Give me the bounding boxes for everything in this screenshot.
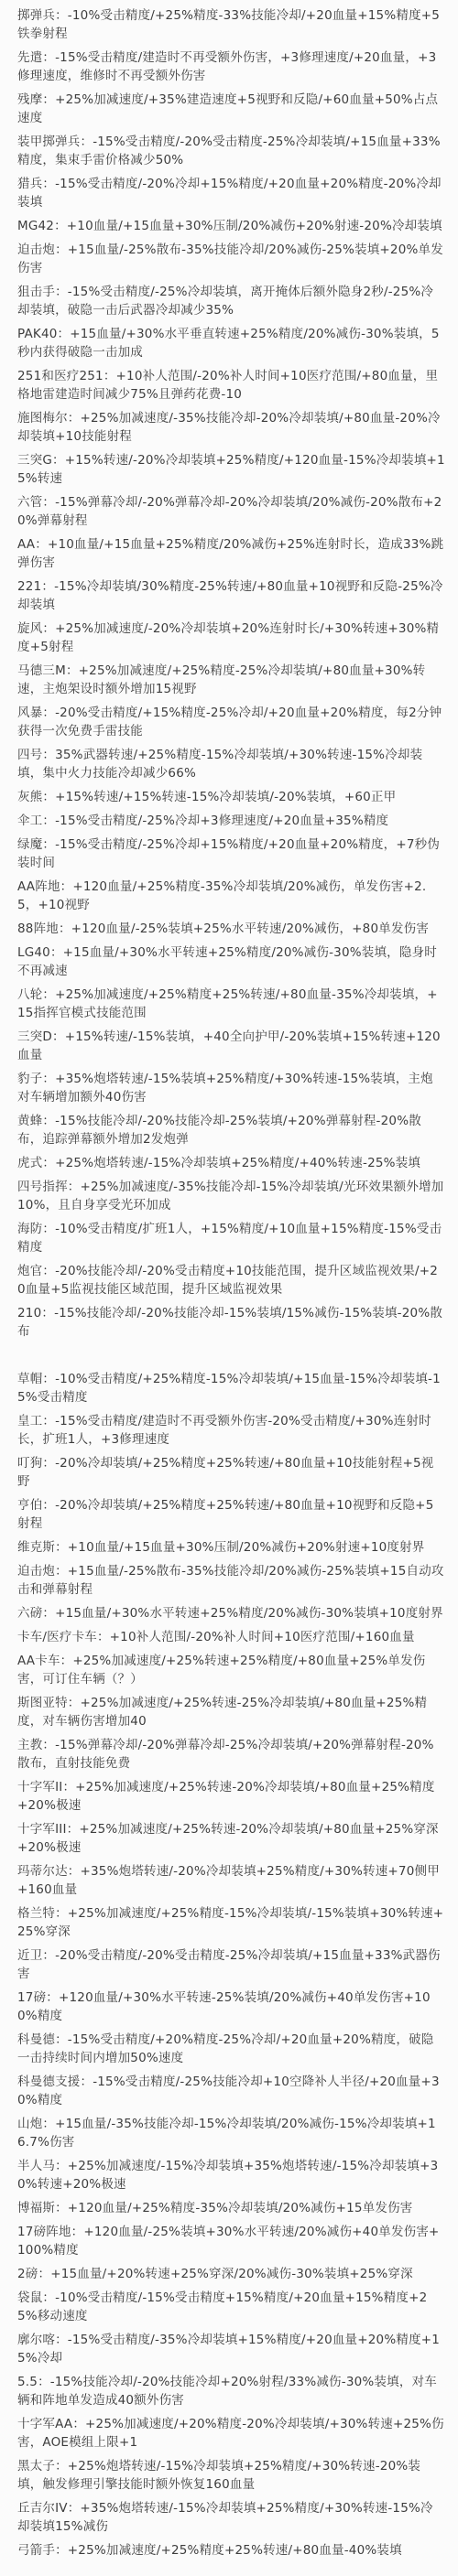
unit-entry: 黑太子：+25%炮塔转速/-15%冷却装填+25%精度/+30%转速-20%装填… <box>17 2457 445 2494</box>
unit-entry: AA：+10血量/+15血量+25%精度/20%减伤+25%连射时长，造成33%… <box>17 535 445 572</box>
unit-entry: 维克斯：+10血量/+15血量+30%压制/20%减伤+20%射速+10度射界 <box>17 1538 445 1557</box>
unit-entry: 半人马：+25%加减速度/-15%冷却装填+35%炮塔转速/-15%冷却装填+3… <box>17 2157 445 2193</box>
unit-entry: 六管：-15%弹幕冷却/-20%弹幕冷却-20%冷却装填/20%减伤-20%散布… <box>17 493 445 530</box>
unit-entry: 猎兵：-15%受击精度/-20%冷却+15%精度/+20血量+20%精度-20%… <box>17 175 445 211</box>
unit-entry: MG42：+10血量/+15血量+30%压制/20%减伤+20%射速-20%冷却… <box>17 217 445 235</box>
unit-entry: 17磅：+120血量/+30%水平转速-25%装填/20%减伤+40单发伤害+1… <box>17 1989 445 2025</box>
unit-entry: 伞工：-15%受击精度/-25%冷却+3修理速度/+20血量+35%精度 <box>17 812 445 830</box>
unit-entry: 十字军II：+25%加减速度/+25%转速-20%冷却装填/+80血量+25%精… <box>17 1778 445 1815</box>
unit-entry: 迫击炮：+15血量/-25%散布-35%技能冷却/20%减伤-25%装填+15自… <box>17 1562 445 1599</box>
unit-entry: 风暴：-20%受击精度/+15%精度-25%冷却/+20血量+20%精度，每2分… <box>17 704 445 740</box>
unit-entry: PAK40：+15血量/+30%水平垂直转速+25%精度/20%减伤-30%装填… <box>17 325 445 361</box>
unit-entry: LG40：+15血量/+30%水平转速+25%精度/20%减伤-30%装填，隐身… <box>17 943 445 980</box>
unit-entry: 格兰特：+25%加减速度/+25%精度-15%冷却装填/-15%装填+30%转速… <box>17 1904 445 1941</box>
unit-entry: 马德三M：+25%加减速度/+25%精度-25%冷却装填/+80血量+30%转速… <box>17 662 445 698</box>
unit-entry: AA卡车：+25%加减速度/+25%转速+25%精度/+80血量+25%单发伤害… <box>17 1652 445 1688</box>
unit-entry: 210：-15%技能冷却/-20%技能冷却-15%装填/15%减伤-15%装填-… <box>17 1304 445 1341</box>
unit-entry: 装甲掷弹兵：-15%受击精度/-20%受击精度-25%冷却装填/+15血量+33… <box>17 133 445 169</box>
unit-entry: 近卫：-20%受击精度/-20%受击精度-25%冷却装填/+15血量+33%武器… <box>17 1946 445 1983</box>
unit-entry: 绿魔：-15%受击精度/-25%冷却+15%精度/+20血量+20%精度，+7秒… <box>17 835 445 872</box>
unit-entry: 2磅：+15血量/+20%转速+25%穿深/20%减伤-30%装填+25%穿深 <box>17 2265 445 2283</box>
unit-entry: 十字军AA：+25%加减速度/+20%精度-20%冷却装填/+30%转速+25%… <box>17 2415 445 2452</box>
unit-entry: 廓尔喀：-15%受击精度/-35%冷却装填+15%精度/+20血量+20%精度+… <box>17 2331 445 2367</box>
unit-entry: 袋鼠：-10%受击精度/-15%受击精度+15%精度/+20血量+15%精度+2… <box>17 2289 445 2325</box>
unit-entry: 丘吉尔IV：+35%炮塔转速/-15%冷却装填+25%精度/+30%转速-15%… <box>17 2499 445 2536</box>
unit-entry: 豹子：+35%炮塔转速/-15%装填+25%精度/+30%转速-15%装填，主炮… <box>17 1070 445 1106</box>
unit-entry: 灰熊：+15%转速/+15%转速-15%冷却装填/-20%装填，+60正甲 <box>17 788 445 806</box>
unit-entry: 221：-15%冷却装填/30%精度-25%转速/+80血量+10视野和反隐-2… <box>17 577 445 614</box>
unit-entry: 先遣：-15%受击精度/建造时不再受额外伤害，+3修理速度/+20血量，+3修理… <box>17 49 445 85</box>
unit-entry: AA阵地：+120血量/+25%精度-35%冷却装填/20%减伤，单发伤害+2.… <box>17 878 445 914</box>
unit-entry: 残摩：+25%加减速度/+35%建造速度+5视野和反隐/+60血量+50%占点速… <box>17 91 445 127</box>
unit-entry: 海防：-10%受击精度/扩班1人，+15%精度/+10血量+15%精度-15%受… <box>17 1220 445 1256</box>
unit-entry: 三突G：+15%转速/-20%冷却装填+25%精度/+120血量-15%冷却装填… <box>17 451 445 488</box>
unit-entry: 四号：35%武器转速/+25%精度-15%冷却装填/+30%转速-15%冷却装填… <box>17 746 445 782</box>
unit-entry: 旋风：+25%加减速度/-20%冷却装填+20%连射时长/+30%转速+30%精… <box>17 620 445 656</box>
unit-entry: 科曼德：-15%受击精度/+20%精度-25%冷却/+20血量+20%精度，破隐… <box>17 2031 445 2067</box>
unit-entry: 博福斯：+120血量/+25%精度-35%冷却装填/20%减伤+15单发伤害 <box>17 2199 445 2217</box>
unit-entry: 十字军III：+25%加减速度/+25%转速-20%冷却装填/+80血量+25%… <box>17 1820 445 1857</box>
unit-entry: 六磅：+15血量/+30%水平转速+25%精度/20%减伤-30%装填+10度射… <box>17 1604 445 1622</box>
unit-entry: 皇工：-15%受击精度/建造时不再受额外伤害-20%受击精度/+30%连射时长，… <box>17 1412 445 1449</box>
section-units-block-1: 掷弹兵：-10%受击精度/+25%精度-33%技能冷却/+20血量+15%精度+… <box>17 6 445 1341</box>
unit-entry: 黄蜂：-15%技能冷却/-20%技能冷却-25%装填/+20%弹幕射程-20%散… <box>17 1112 445 1148</box>
unit-entry: 17磅阵地：+120血量/-25%装填+30%水平转速/20%减伤+40单发伤害… <box>17 2223 445 2259</box>
document-page: 掷弹兵：-10%受击精度/+25%精度-33%技能冷却/+20血量+15%精度+… <box>0 0 458 2576</box>
unit-entry: 草帽：-10%受击精度/+25%精度-15%冷却装填/+15血量-15%冷却装填… <box>17 1370 445 1407</box>
section-units-block-2: 草帽：-10%受击精度/+25%精度-15%冷却装填/+15血量-15%冷却装填… <box>17 1370 445 2560</box>
unit-entry: 卡车/医疗卡车：+10补人范围/-20%补人时间+10医疗范围/+160血量 <box>17 1628 445 1646</box>
unit-entry: 251和医疗251：+10补人范围/-20%补人时间+10医疗范围/+80血量，… <box>17 367 445 404</box>
unit-entry: 八轮：+25%加减速度/+25%精度+25%转速/+80血量-35%冷却装填，+… <box>17 986 445 1022</box>
unit-entry: 叮狗：-20%冷却装填/+25%精度+25%转速/+80血量+10技能射程+5视… <box>17 1454 445 1491</box>
unit-entry: 主教：-15%弹幕冷却/-20%弹幕冷却-25%冷却装填/+20%弹幕射程-20… <box>17 1736 445 1773</box>
unit-entry: 玛蒂尔达：+35%炮塔转速/-20%冷却装填+25%精度/+30%转速+70侧甲… <box>17 1862 445 1899</box>
unit-entry: 88阵地：+120血量/-25%装填+25%水平转速/20%减伤，+80单发伤害 <box>17 920 445 938</box>
unit-entry: 斯图亚特：+25%加减速度/+25%转速-25%冷却装填/+80血量+25%精度… <box>17 1694 445 1730</box>
unit-entry: 三突D：+15%转速/-15%装填，+40全向护甲/-20%装填+15%转速+1… <box>17 1028 445 1064</box>
unit-entry: 施图梅尔：+25%加减速度/-35%技能冷却-20%冷却装填/+80血量-20%… <box>17 409 445 446</box>
unit-entry: 狙击手：-15%受击精度/-25%冷却装填，离开掩体后额外隐身2秒/-25%冷却… <box>17 283 445 319</box>
unit-entry: 迫击炮：+15血量/-25%散布-35%技能冷却/20%减伤-25%装填+20%… <box>17 241 445 277</box>
unit-entry: 弓箭手：+25%加减速度/+25%精度+25%转速/+80血量-40%装填 <box>17 2541 445 2560</box>
unit-entry: 科曼德支援：-15%受击精度/-25%技能冷却+10空降补人半径/+20血量+3… <box>17 2073 445 2109</box>
unit-entry: 四号指挥：+25%加减速度/-35%技能冷却-15%冷却装填/光环效果额外增加1… <box>17 1178 445 1214</box>
unit-entry: 虎式：+25%炮塔转速/-15%冷却装填+25%精度/+40%转速-25%装填 <box>17 1154 445 1172</box>
unit-entry: 掷弹兵：-10%受击精度/+25%精度-33%技能冷却/+20血量+15%精度+… <box>17 6 445 43</box>
unit-entry: 5.5：-15%技能冷却/-20%技能冷却+20%射程/33%减伤-30%装填，… <box>17 2373 445 2409</box>
unit-entry: 亨伯：-20%冷却装填/+25%精度+25%转速/+80血量+10视野和反隐+5… <box>17 1496 445 1533</box>
unit-modifier-list: 掷弹兵：-10%受击精度/+25%精度-33%技能冷却/+20血量+15%精度+… <box>17 6 445 2560</box>
unit-entry: 炮官：-20%技能冷却/-20%受击精度+10技能范围，提升区域监视效果/+20… <box>17 1262 445 1299</box>
unit-entry: 山炮：+15血量/-35%技能冷却-15%冷却装填/20%减伤-15%冷却装填+… <box>17 2115 445 2151</box>
